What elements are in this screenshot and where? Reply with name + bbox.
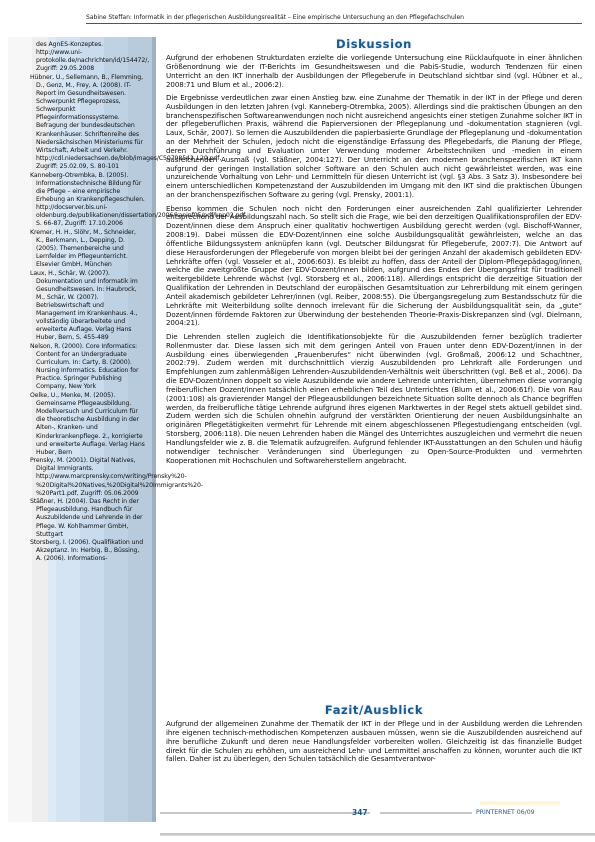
paragraph: Aufgrund der erhobenen Strukturdaten erz… [166, 54, 582, 89]
reference-item: Prensky, M. (2001). Digital Natives, Dig… [30, 457, 145, 497]
reference-item: Laux, H., Schär, W. (2007). Dokumentatio… [30, 270, 145, 343]
reference-item: Storsberg, I. (2006). Qualifikation und … [30, 539, 145, 563]
footer-highlight [480, 801, 560, 805]
reference-item: Kremer, H. H., Slöhr, M., Schneider, K.,… [30, 229, 145, 269]
conclusion-section: Fazit/Ausblick Aufgrund der allgemeinen … [166, 703, 582, 769]
discussion-section: Diskussion Aufgrund der erhobenen Strukt… [166, 37, 582, 470]
paragraph: Die Lehrenden stellen zugleich die Ident… [166, 333, 582, 466]
journal-name: PRINTERNET 06/09 [476, 808, 535, 817]
reference-item: Oelke, U., Menke, M. (2005). Gemeinsame … [30, 392, 145, 457]
page-number: 347 [352, 808, 368, 817]
reference-item: Stäßner, H. (2004). Das Recht in der Pfl… [30, 498, 145, 538]
paragraph: Aufgrund der allgemeinen Zunahme der The… [166, 720, 582, 764]
reference-item: Nelson, R. (2000). Core Informatics: Con… [30, 343, 145, 392]
reference-list: des AgnES-Konzeptes. http://www.uni-prot… [30, 41, 145, 564]
footer-rule-left [160, 812, 370, 814]
section-title-discussion: Diskussion [166, 37, 582, 51]
paragraph: Die Ergebnisse verdeutlichen zwar einen … [166, 94, 582, 200]
section-title-conclusion: Fazit/Ausblick [166, 703, 582, 717]
footer-rule-middle [380, 812, 472, 814]
running-header: Sabine Steffan: Informatik in der pflege… [86, 14, 582, 24]
footer-rule [160, 833, 595, 836]
paragraph: Ebenso kommen die Schulen noch nicht den… [166, 205, 582, 329]
reference-item: Hübner, U., Sellemann, B., Flemming, D.,… [30, 74, 145, 171]
reference-item: des AgnES-Konzeptes. http://www.uni-prot… [30, 41, 145, 73]
reference-item: Kanneberg-Otrembka, B. (2005). Informati… [30, 172, 145, 229]
